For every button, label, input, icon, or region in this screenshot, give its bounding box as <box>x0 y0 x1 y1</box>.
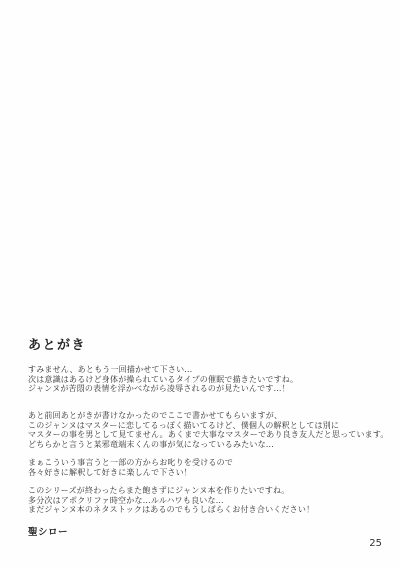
afterword-line: 各々好きに解釈して好きに楽しんで下さい！ <box>28 468 398 478</box>
afterword-line: ジャンヌが苦悶の表情を浮かべながら凌辱されるのが見たいんです…！ <box>28 384 398 394</box>
page-number: 25 <box>369 538 382 549</box>
afterword-line: まぁこういう事言うと一部の方からお叱りを受けるので <box>28 458 398 468</box>
afterword-line: あと前回あとがきが書けなかったのでここで書かせてもらいますが、 <box>28 411 398 421</box>
afterword-line: どちらかと言うと某邪竜端末くんの事が気になっているみたいな… <box>28 440 398 450</box>
author-signature: 聖シロー <box>28 524 68 538</box>
afterword-paragraph-2: あと前回あとがきが書けなかったのでここで書かせてもらいますが、 このジャンヌはマ… <box>28 411 398 449</box>
afterword-line: マスターの事を男として見てません。あくまで大事なマスターであり良き友人だと思って… <box>28 430 398 440</box>
afterword-paragraph-4: このシリーズが終わったらまた飽きずにジャンヌ本を作りたいですね。 多分次はアポク… <box>28 486 398 515</box>
afterword-line: このシリーズが終わったらまた飽きずにジャンヌ本を作りたいですね。 <box>28 486 398 496</box>
afterword-line: このジャンヌはマスターに恋してるっぽく描いてるけど、僕個人の解釈としては別に <box>28 421 398 431</box>
afterword-line: 多分次はアポクリファ時空かな…ルルハワも良いな… <box>28 496 398 506</box>
afterword-line: すみません、あともう一回描かせて下さい… <box>28 365 398 375</box>
afterword-title: あとがき <box>28 334 86 353</box>
afterword-line: まだジャンヌ本のネタストックはあるのでもうしばらくお付き合いください！ <box>28 505 398 515</box>
afterword-paragraph-1: すみません、あともう一回描かせて下さい… 次は意識はあるけど身体が操られているタ… <box>28 365 398 394</box>
afterword-line: 次は意識はあるけど身体が操られているタイプの催眠で描きたいですね。 <box>28 375 398 385</box>
afterword-page: あとがき すみません、あともう一回描かせて下さい… 次は意識はあるけど身体が操ら… <box>0 0 400 568</box>
afterword-paragraph-3: まぁこういう事言うと一部の方からお叱りを受けるので 各々好きに解釈して好きに楽し… <box>28 458 398 477</box>
